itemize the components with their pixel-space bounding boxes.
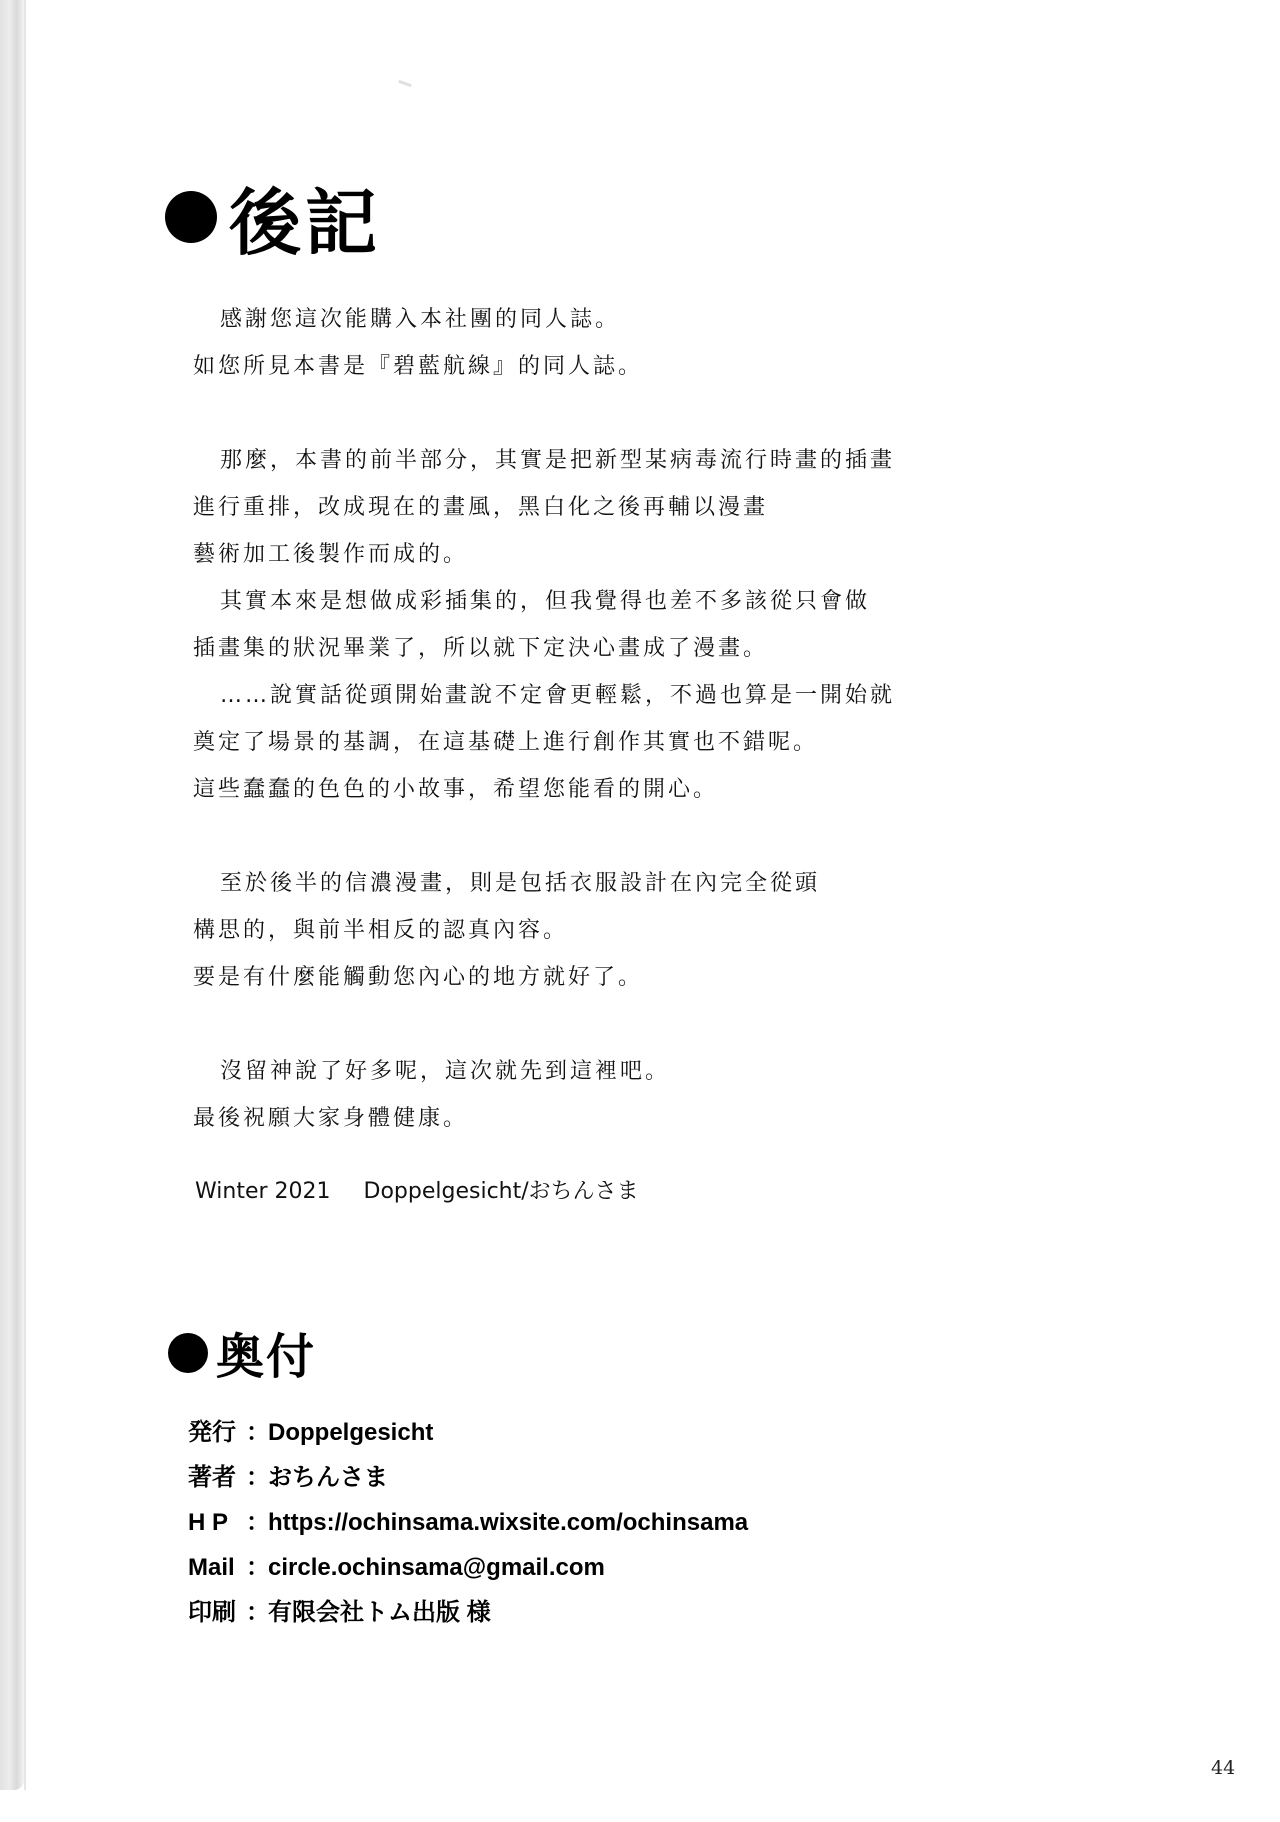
colophon-heading: 奥付: [168, 1318, 316, 1387]
colophon-list: 発行 ： Doppelgesicht 著者 ： おちんさま H P ： http…: [188, 1410, 748, 1635]
colophon-row-printer: 印刷 ： 有限会社トム出版 様: [188, 1590, 748, 1635]
signature-author: Doppelgesicht/おちんさま: [364, 1179, 639, 1204]
text-line: 那麼，本書的前半部分，其實是把新型某病毒流行時畫的插畫: [193, 437, 973, 484]
colophon-row-publisher: 発行 ： Doppelgesicht: [188, 1410, 748, 1455]
colophon-value: 有限会社トム出版 様: [268, 1590, 491, 1635]
text-line: 感謝您這次能購入本社團的同人誌。: [193, 296, 973, 343]
colophon-separator: ：: [246, 1590, 268, 1635]
afterword-heading-text: 後記: [229, 165, 381, 269]
text-line: 其實本來是想做成彩插集的，但我覺得也差不多該從只會做: [193, 578, 973, 625]
text-line: 插畫集的狀況畢業了，所以就下定決心畫成了漫畫。: [193, 625, 973, 672]
colophon-separator: ：: [246, 1455, 268, 1500]
colophon-row-homepage: H P ： https://ochinsama.wixsite.com/ochi…: [188, 1500, 748, 1545]
paragraph-gap: [193, 1001, 973, 1048]
text-line: 如您所見本書是『碧藍航線』的同人誌。: [193, 343, 973, 390]
afterword-body: 感謝您這次能購入本社團的同人誌。 如您所見本書是『碧藍航線』的同人誌。 那麼，本…: [193, 296, 973, 1142]
scan-smudge: [398, 80, 412, 88]
colophon-value: おちんさま: [268, 1455, 388, 1500]
text-line: ……說實話從頭開始畫說不定會更輕鬆，不過也算是一開始就: [193, 672, 973, 719]
colophon-row-mail: Mail ： circle.ochinsama@gmail.com: [188, 1545, 748, 1590]
colophon-separator: ：: [246, 1500, 268, 1545]
text-line: 至於後半的信濃漫畫，則是包括衣服設計在內完全從頭: [193, 860, 973, 907]
colophon-label: H P: [188, 1500, 246, 1545]
colophon-label: 発行: [188, 1410, 246, 1455]
bullet-dot-icon: [165, 191, 217, 243]
scan-binding-edge: [0, 0, 24, 1790]
colophon-label: 印刷: [188, 1590, 246, 1635]
signature-date: Winter 2021: [195, 1179, 331, 1204]
colophon-separator: ：: [246, 1545, 268, 1590]
colophon-value: Doppelgesicht: [268, 1410, 433, 1455]
text-line: 藝術加工後製作而成的。: [193, 531, 973, 578]
colophon-heading-text: 奥付: [216, 1318, 316, 1387]
afterword-signature: Winter 2021 Doppelgesicht/おちんさま: [195, 1174, 639, 1205]
text-line: 最後祝願大家身體健康。: [193, 1095, 973, 1142]
colophon-row-author: 著者 ： おちんさま: [188, 1455, 748, 1500]
text-line: 沒留神說了好多呢，這次就先到這裡吧。: [193, 1048, 973, 1095]
page-number: 44: [1211, 1757, 1235, 1779]
paragraph-gap: [193, 390, 973, 437]
colophon-label: 著者: [188, 1455, 246, 1500]
text-line: 這些蠢蠢的色色的小故事，希望您能看的開心。: [193, 766, 973, 813]
text-line: 進行重排，改成現在的畫風，黑白化之後再輔以漫畫: [193, 484, 973, 531]
text-line: 要是有什麼能觸動您內心的地方就好了。: [193, 954, 973, 1001]
colophon-separator: ：: [246, 1410, 268, 1455]
afterword-heading: 後記: [165, 165, 381, 269]
scan-edge-line: [24, 0, 26, 1790]
email-link[interactable]: circle.ochinsama@gmail.com: [268, 1545, 605, 1590]
paragraph-gap: [193, 813, 973, 860]
text-line: 構思的，與前半相反的認真內容。: [193, 907, 973, 954]
text-line: 奠定了場景的基調，在這基礎上進行創作其實也不錯呢。: [193, 719, 973, 766]
homepage-link[interactable]: https://ochinsama.wixsite.com/ochinsama: [268, 1500, 748, 1545]
bullet-dot-icon: [168, 1333, 208, 1373]
colophon-label: Mail: [188, 1545, 246, 1590]
